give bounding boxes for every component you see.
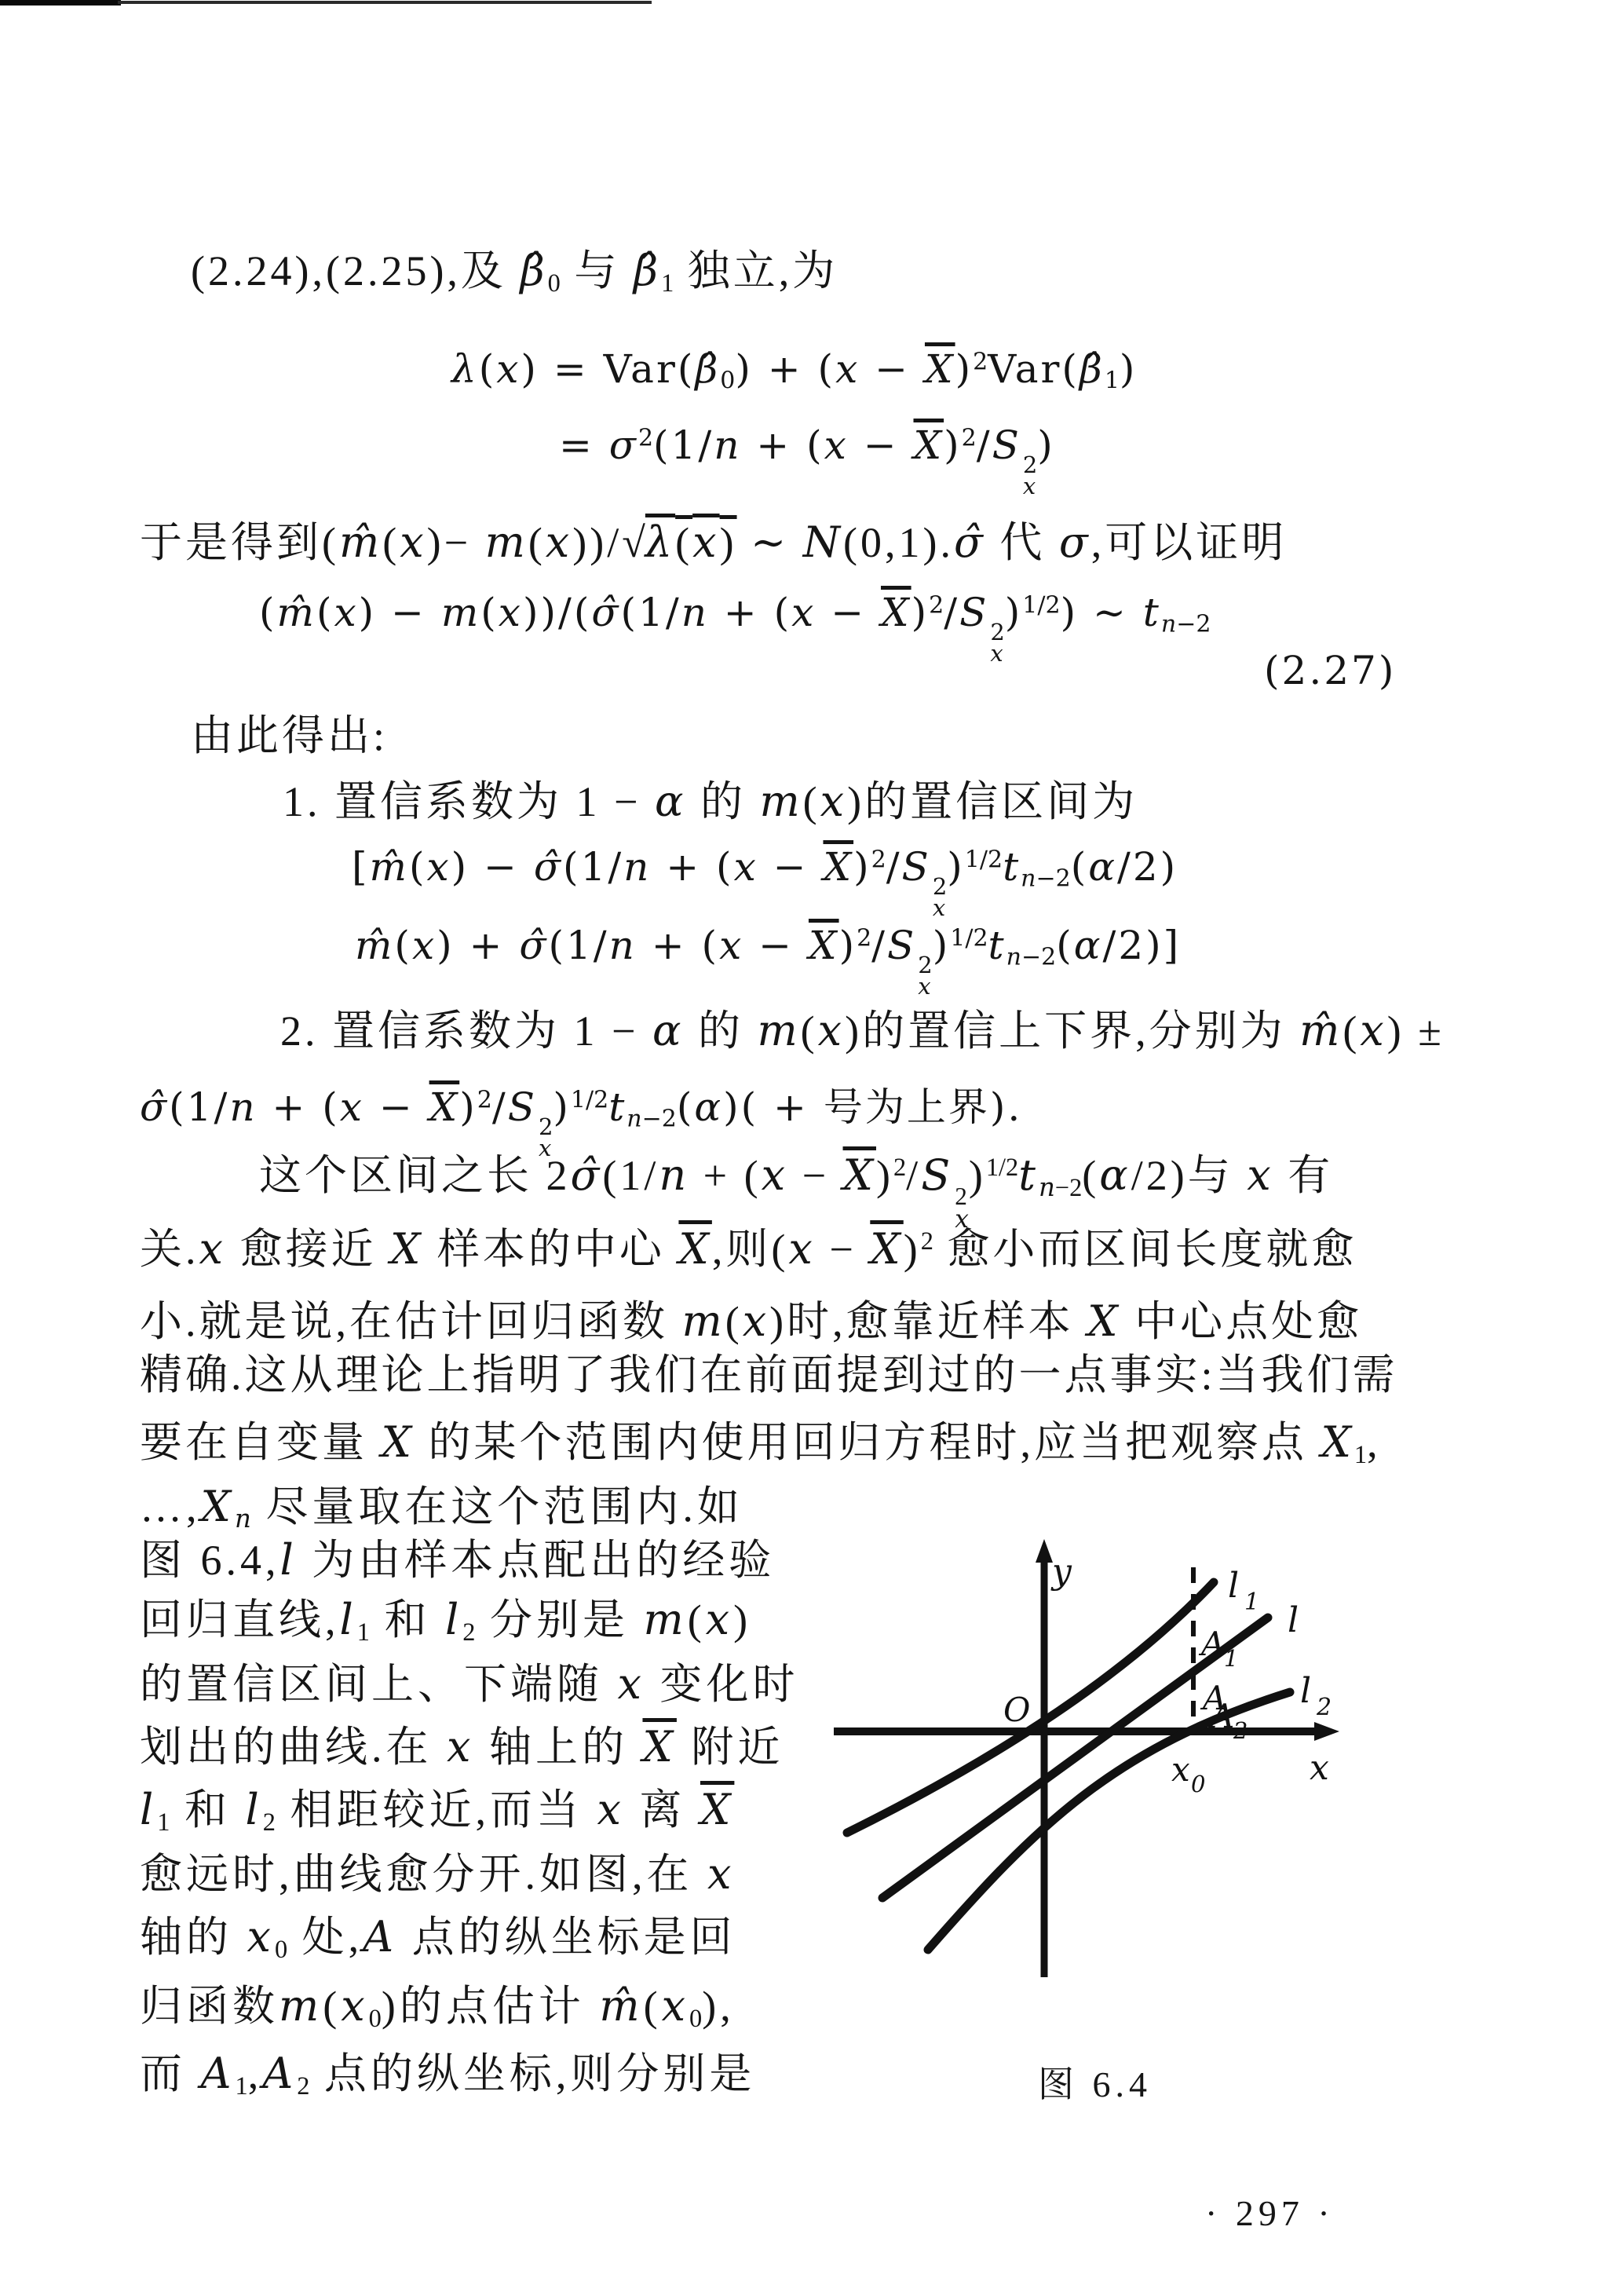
- left-col-line: 的置信区间上、下端随 x 变化时: [140, 1657, 798, 1712]
- left-col-line: 而 A1,A2 点的纵坐标,则分别是: [140, 2046, 755, 2101]
- left-col-line: 划出的曲线.在 x 轴上的 X 附近: [140, 1720, 784, 1775]
- l1-label-sub: 1: [1244, 1589, 1259, 1616]
- page-number: · 297 ·: [1205, 2192, 1335, 2234]
- body-line: 这个区间之长 2σ̂(1/n + (x − X)2/S2x)1/2tn−2(α/…: [259, 1148, 1333, 1231]
- body-line: 要在自变量 X 的某个范围内使用回归方程时,应当把观察点 X1,: [140, 1415, 1381, 1470]
- scan-artifact-line: [118, 1, 652, 4]
- x0-tick-label: x: [1171, 1750, 1190, 1789]
- l1-label: l: [1228, 1566, 1239, 1606]
- left-col-line: 愈远时,曲线愈分开.如图,在 x: [140, 1847, 735, 1902]
- formula-ci-upper: m̂(x) + σ̂(1/n + (x − X)2/S2x)1/2tn−2(α/…: [355, 920, 1181, 996]
- body-line: 小.就是说,在估计回归函数 m(x)时,愈靠近样本 X 中心点处愈: [140, 1294, 1362, 1349]
- point-a2-label-sub: 2: [1233, 1717, 1248, 1744]
- scan-artifact-bar: [0, 0, 121, 5]
- left-col-line: 回归直线,l1 和 l2 分别是 m(x): [140, 1592, 751, 1647]
- figure-caption: 图 6.4: [1038, 2056, 1152, 2108]
- formula-lambda: λ(x) = Var(β̂0) + (x − X)2Var(β̂1): [451, 344, 1137, 395]
- l2-label-sub: 2: [1316, 1694, 1332, 1721]
- formula-sigma: = σ2(1/n + (x − X)2/S2x): [559, 420, 1055, 496]
- left-col-line: l1 和 l2 相距较近,而当 x 离 X: [140, 1782, 734, 1837]
- body-line: 关.x 愈接近 X 样本的中心 X,则(x − X)2 愈小而区间长度就愈: [140, 1222, 1357, 1277]
- l-label: l: [1288, 1600, 1299, 1640]
- equation-number: (2.27): [1264, 645, 1396, 696]
- left-col-line: 图 6.4,l 为由样本点配出的经验: [140, 1533, 775, 1588]
- figure-6-4: y x O l 1 l l 2 A 1 A A 2 x 0: [816, 1515, 1358, 2034]
- body-line: 由此得出:: [191, 708, 388, 763]
- y-axis-label: y: [1050, 1552, 1072, 1592]
- formula-ci-lower: [m̂(x) − σ̂(1/n + (x − X)2/S2x)1/2tn−2(α…: [352, 842, 1178, 918]
- body-line: 于是得到(m̂(x)− m(x))/√λ(x) ∼ N(0,1).σ̂ 代 σ,…: [140, 515, 1287, 570]
- y-axis-arrow: [1036, 1539, 1053, 1563]
- origin-label: O: [1003, 1691, 1030, 1729]
- left-col-line: …,Xn 尽量取在这个范围内.如: [140, 1479, 743, 1534]
- x-axis-label: x: [1310, 1748, 1329, 1788]
- formula-t-dist: (m̂(x) − m(x))/(σ̂(1/n + (x − X)2/S2x)1/…: [259, 587, 1211, 664]
- point-a2-label: A: [1207, 1697, 1234, 1735]
- l2-label: l: [1300, 1671, 1311, 1711]
- x-axis-arrow: [1314, 1722, 1339, 1741]
- body-line: 精确.这从理论上指明了我们在前面提到过的一点事实:当我们需: [140, 1347, 1398, 1402]
- formula-bound: σ̂(1/n + (x − X)2/S2x)1/2tn−2(α)( + 号为上界…: [140, 1082, 1022, 1158]
- list-item-1: 1. 置信系数为 1 − α 的 m(x)的置信区间为: [283, 774, 1138, 829]
- book-page: (2.24),(2.25),及 β̂0 与 β̂1 独立,为 λ(x) = Va…: [0, 0, 1622, 2296]
- body-line: (2.24),(2.25),及 β̂0 与 β̂1 独立,为: [191, 243, 838, 298]
- left-col-line: 归函数m(x0)的点估计 m̂(x0),: [140, 1979, 735, 2034]
- point-a1-label-sub: 1: [1224, 1645, 1238, 1672]
- point-a1-label: A: [1198, 1625, 1225, 1663]
- list-item-2: 2. 置信系数为 1 − α 的 m(x)的置信上下界,分别为 m̂(x) ±: [280, 1004, 1445, 1058]
- left-col-line: 轴的 x0 处,A 点的纵坐标是回: [140, 1910, 736, 1965]
- x0-tick-label-sub: 0: [1191, 1771, 1205, 1797]
